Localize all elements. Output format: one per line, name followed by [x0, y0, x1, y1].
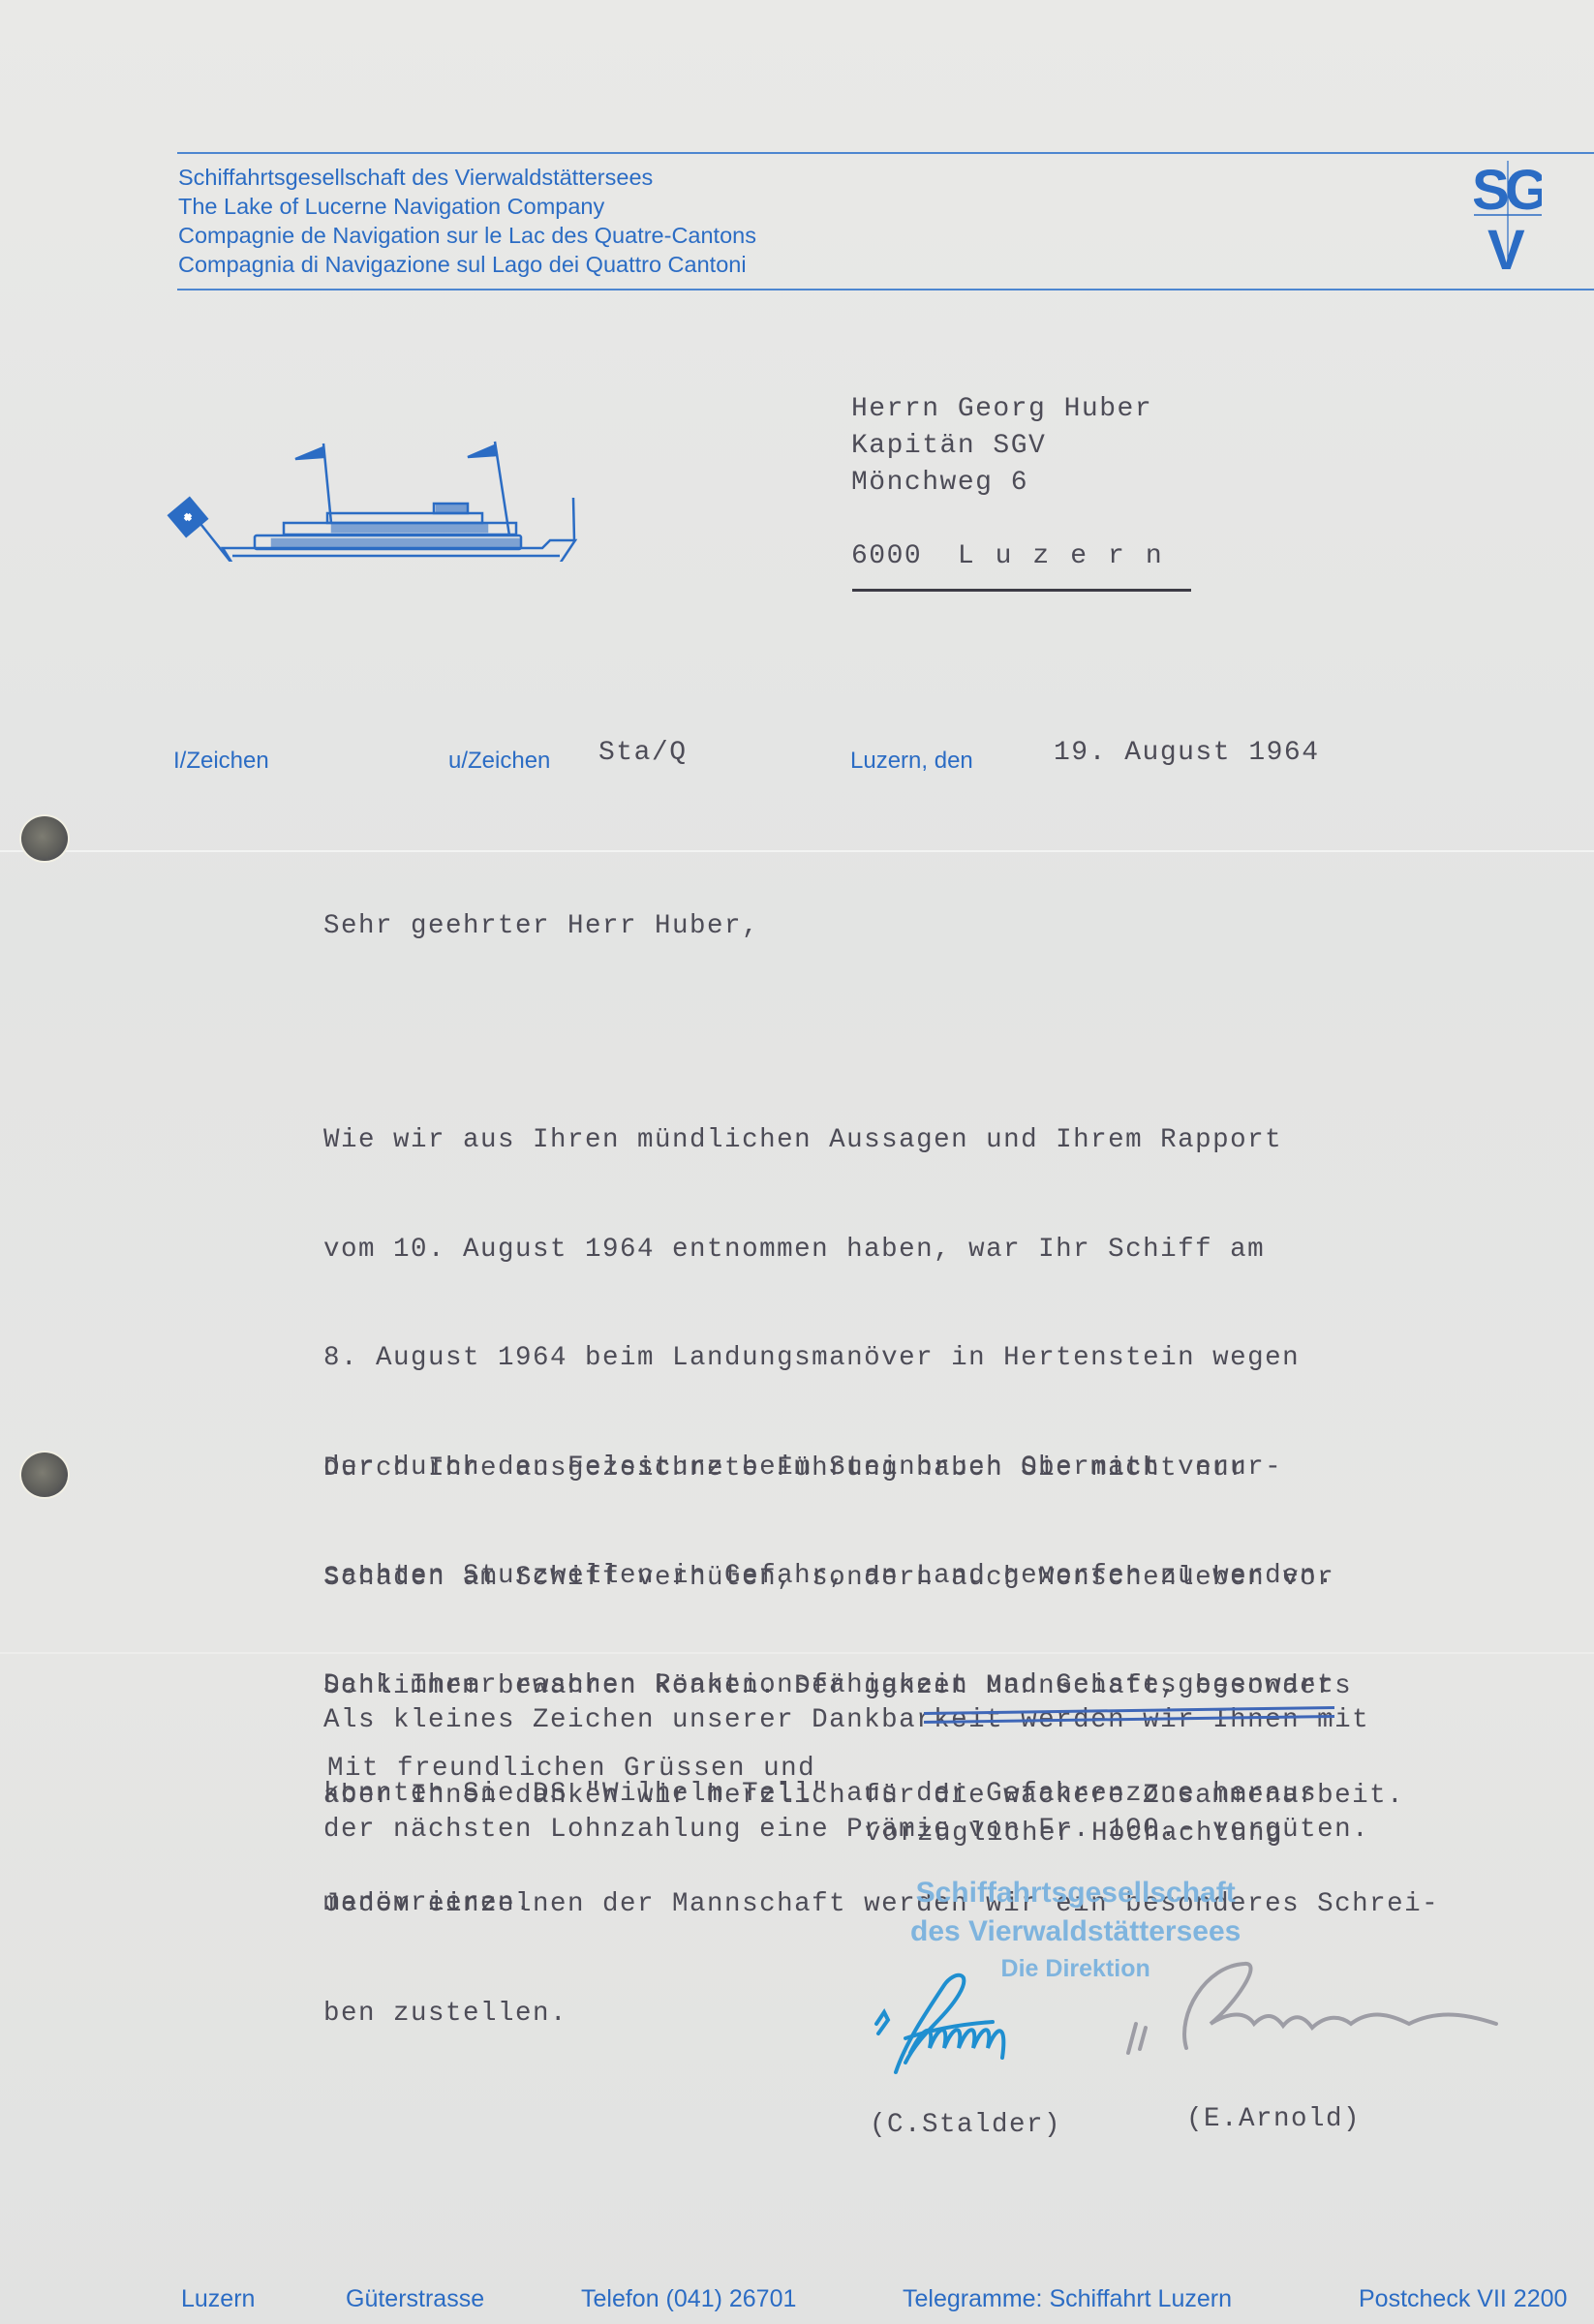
your-reference-label: I/Zeichen — [173, 748, 269, 775]
company-name-de: Schiffahrtsgesellschaft des Vierwaldstät… — [178, 163, 756, 192]
letterhead-bottom-rule — [177, 289, 1594, 290]
recipient-title: Kapitän SGV — [851, 428, 1183, 465]
sgv-logo-icon: S G V — [1474, 159, 1542, 275]
letterhead-company-names: Schiffahrtsgesellschaft des Vierwaldstät… — [178, 163, 756, 279]
stamp-line-1: Schiffahrtsgesellschaft — [910, 1874, 1241, 1912]
recipient-city-line: 6000 Luzern — [851, 538, 1183, 575]
signatory-name-stalder: (C.Stalder) — [870, 2107, 1061, 2144]
text-line: Durch Ihre ausgezeichnete Führung haben … — [323, 1451, 1439, 1487]
footer-street: Güterstrasse — [346, 2285, 484, 2313]
company-name-en: The Lake of Lucerne Navigation Company — [178, 192, 756, 221]
letter-date: 19. August 1964 — [1054, 738, 1320, 768]
steamship-with-swiss-flag-icon — [163, 426, 579, 566]
signatory-name-arnold: (E.Arnold) — [1186, 2101, 1361, 2138]
svg-text:V: V — [1487, 219, 1525, 275]
text-line: 8. August 1964 beim Landungsmanöver in H… — [323, 1340, 1334, 1377]
salutation: Sehr geehrter Herr Huber, — [323, 908, 759, 945]
text-line: Wie wir aus Ihren mündlichen Aussagen un… — [323, 1122, 1334, 1159]
footer-city: Luzern — [181, 2285, 255, 2313]
footer-postcheck: Postcheck VII 2200 — [1359, 2285, 1567, 2313]
punch-hole-top — [21, 816, 68, 861]
recipient-postcode: 6000 — [851, 541, 922, 571]
paper-fold — [0, 850, 1594, 852]
closing-line-1: Mit freundlichen Grüssen und — [327, 1751, 815, 1788]
place-date-label: Luzern, den — [850, 748, 973, 775]
text-line: vom 10. August 1964 entnommen haben, war… — [323, 1232, 1334, 1269]
stamp-line-2: des Vierwaldstättersees — [910, 1912, 1241, 1951]
footer-phone: Telefon (041) 26701 — [581, 2285, 796, 2313]
our-reference-label: u/Zeichen — [448, 748, 550, 775]
recipient-address: Herrn Georg Huber Kapitän SGV Mönchweg 6… — [851, 391, 1183, 575]
svg-text:G: G — [1505, 159, 1542, 222]
our-reference-value: Sta/Q — [598, 738, 688, 768]
text-line: Jedem einzelnen der Mannschaft werden wi… — [323, 1886, 1439, 1923]
recipient-street: Mönchweg 6 — [851, 465, 1183, 502]
recipient-city: Luzern — [958, 541, 1183, 571]
text-line: Schaden am Schiff verhüten, sondern auch… — [323, 1560, 1439, 1597]
footer-telegram: Telegramme: Schiffahrt Luzern — [903, 2285, 1232, 2313]
company-name-fr: Compagnie de Navigation sur le Lac des Q… — [178, 221, 756, 250]
signature-stalder-icon — [867, 1966, 1089, 2087]
closing-line-2: vorzüglicher Hochachtung — [865, 1816, 1283, 1852]
recipient-name: Herrn Georg Huber — [851, 391, 1183, 428]
letterhead-top-rule — [177, 152, 1594, 154]
punch-hole-bottom — [21, 1452, 68, 1497]
address-underline — [852, 589, 1191, 592]
company-name-it: Compagnia di Navigazione sul Lago dei Qu… — [178, 250, 756, 279]
signature-arnold-icon — [1119, 1956, 1574, 2077]
